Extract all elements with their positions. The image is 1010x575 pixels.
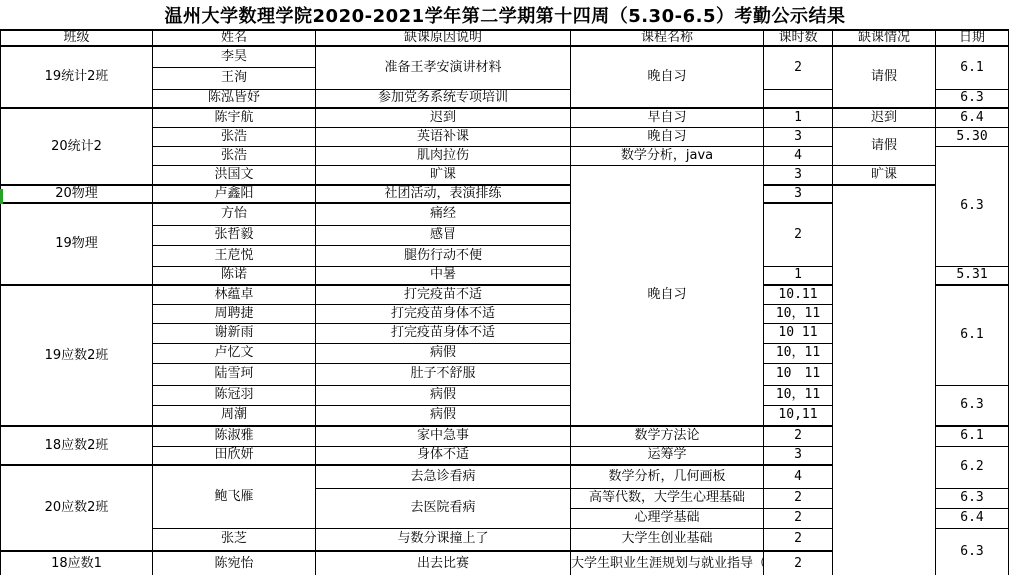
row-highlight-marker <box>0 189 3 204</box>
cell-date[interactable]: 6.3 <box>936 146 1009 266</box>
table-row: 20物理卢鑫阳社团活动，表演排练3 <box>1 185 1009 203</box>
cell-hours[interactable]: 2 <box>764 426 833 446</box>
cell-name[interactable]: 张浩 <box>153 146 316 165</box>
cell-reason[interactable]: 准备王孝安演讲材料 <box>316 46 571 89</box>
cell-name[interactable]: 陈宛怡 <box>153 551 316 575</box>
cell-class[interactable]: 20统计2 <box>1 108 153 185</box>
cell-reason[interactable]: 与数分课撞上了 <box>316 528 571 551</box>
header-row: 班级姓名缺课原因说明课程名称课时数缺课情况日期 <box>1 30 1009 46</box>
attendance-table-body: 班级姓名缺课原因说明课程名称课时数缺课情况日期19统计2班李昊准备王孝安演讲材料… <box>1 30 1009 575</box>
cell-hours[interactable]: 2 <box>764 508 833 528</box>
table-row: 19统计2班李昊准备王孝安演讲材料晚自习2请假6.1 <box>1 46 1009 67</box>
cell-hours[interactable]: 3 <box>764 446 833 465</box>
cell-date[interactable]: 6.1 <box>936 426 1009 446</box>
cell-class[interactable]: 19物理 <box>1 203 153 285</box>
cell-reason[interactable]: 英语补课 <box>316 127 571 146</box>
cell-hours[interactable]: 3 <box>764 185 833 203</box>
cell-reason[interactable]: 迟到 <box>316 108 571 127</box>
cell-date[interactable]: 6.3 <box>936 385 1009 426</box>
cell-class[interactable]: 20物理 <box>1 185 153 203</box>
cell-reason[interactable]: 去急诊看病 <box>316 465 571 488</box>
attendance-table: 班级姓名缺课原因说明课程名称课时数缺课情况日期19统计2班李昊准备王孝安演讲材料… <box>0 29 1009 575</box>
cell-course[interactable]: 数学方法论 <box>571 426 764 446</box>
cell-date[interactable]: 5.30 <box>936 127 1009 146</box>
cell-date[interactable]: 6.3 <box>936 528 1009 575</box>
header-reason[interactable]: 缺课原因说明 <box>316 30 571 46</box>
cell-hours[interactable]: 10,11 <box>764 405 833 426</box>
header-hours[interactable]: 课时数 <box>764 30 833 46</box>
cell-date[interactable]: 6.3 <box>936 89 1009 108</box>
cell-hours[interactable]: 3 <box>764 127 833 146</box>
cell-date[interactable]: 5.31 <box>936 266 1009 285</box>
cell-course[interactable]: 早自习 <box>571 108 764 127</box>
cell-class[interactable]: 19统计2班 <box>1 46 153 108</box>
cell-status[interactable]: 迟到 <box>833 108 936 127</box>
cell-course[interactable]: 高等代数，大学生心理基础 <box>571 488 764 508</box>
header-date[interactable]: 日期 <box>936 30 1009 46</box>
cell-name[interactable]: 卢鑫阳 <box>153 185 316 203</box>
cell-hours[interactable]: 3 <box>764 165 833 185</box>
cell-hours[interactable]: 2 <box>764 528 833 551</box>
cell-reason[interactable]: 肌肉拉伤 <box>316 146 571 165</box>
cell-hours[interactable]: 2 <box>764 203 833 266</box>
cell-status[interactable] <box>833 185 936 575</box>
cell-date[interactable]: 6.1 <box>936 285 1009 385</box>
cell-reason[interactable]: 去医院看病 <box>316 488 571 528</box>
cell-reason[interactable]: 社团活动，表演排练 <box>316 185 571 203</box>
cell-reason[interactable]: 出去比赛 <box>316 551 571 575</box>
cell-date[interactable]: 6.4 <box>936 508 1009 528</box>
cell-reason[interactable]: 腿伤行动不便 <box>316 245 571 266</box>
cell-hours[interactable]: 2 <box>764 488 833 508</box>
table-row: 20统计2陈宇航迟到早自习1迟到6.4 <box>1 108 1009 127</box>
cell-class[interactable]: 19应数2班 <box>1 285 153 426</box>
header-name[interactable]: 姓名 <box>153 30 316 46</box>
cell-reason[interactable]: 肚子不舒服 <box>316 363 571 385</box>
cell-reason[interactable]: 中暑 <box>316 266 571 285</box>
cell-date[interactable]: 6.1 <box>936 46 1009 89</box>
cell-name[interactable]: 陈诺 <box>153 266 316 285</box>
cell-course[interactable]: 数学分析，java <box>571 146 764 165</box>
cell-name[interactable]: 洪国文 <box>153 165 316 185</box>
cell-hours[interactable]: 2 <box>764 551 833 575</box>
cell-name[interactable]: 陆雪珂 <box>153 363 316 385</box>
cell-status[interactable]: 旷课 <box>833 165 936 185</box>
cell-status[interactable]: 请假 <box>833 46 936 108</box>
cell-name[interactable]: 谢新雨 <box>153 323 316 343</box>
cell-class[interactable]: 18应数2班 <box>1 426 153 465</box>
cell-hours[interactable]: 10 11 <box>764 323 833 343</box>
cell-date[interactable]: 6.3 <box>936 488 1009 508</box>
cell-name[interactable]: 田欣妍 <box>153 446 316 465</box>
cell-name[interactable]: 王苨悦 <box>153 245 316 266</box>
cell-name[interactable]: 张浩 <box>153 127 316 146</box>
cell-reason[interactable]: 痛经 <box>316 203 571 225</box>
cell-status[interactable]: 请假 <box>833 127 936 165</box>
cell-hours[interactable]: 10，11 <box>764 343 833 363</box>
cell-name[interactable]: 陈宇航 <box>153 108 316 127</box>
cell-course[interactable]: 晚自习 <box>571 127 764 146</box>
cell-reason[interactable]: 打完疫苗身体不适 <box>316 323 571 343</box>
cell-hours[interactable]: 1 <box>764 266 833 285</box>
header-status[interactable]: 缺课情况 <box>833 30 936 46</box>
cell-name[interactable]: 张哲毅 <box>153 225 316 245</box>
cell-name[interactable]: 陈淑雅 <box>153 426 316 446</box>
cell-reason[interactable]: 参加党务系统专项培训 <box>316 89 571 108</box>
cell-date[interactable]: 6.4 <box>936 108 1009 127</box>
cell-class[interactable]: 20应数2班 <box>1 465 153 551</box>
cell-hours[interactable] <box>764 89 833 108</box>
cell-name[interactable]: 张芝 <box>153 528 316 551</box>
cell-reason[interactable]: 打完疫苗身体不适 <box>316 304 571 323</box>
cell-reason[interactable]: 病假 <box>316 343 571 363</box>
cell-reason[interactable]: 身体不适 <box>316 446 571 465</box>
cell-course[interactable]: 大学生职业生涯规划与就业指导（二） <box>571 551 764 575</box>
cell-name[interactable]: 周潮 <box>153 405 316 426</box>
header-class[interactable]: 班级 <box>1 30 153 46</box>
cell-name[interactable]: 李昊 <box>153 46 316 67</box>
cell-course[interactable]: 晚自习 <box>571 165 764 426</box>
cell-hours[interactable]: 2 <box>764 46 833 89</box>
cell-name[interactable]: 陈冠羽 <box>153 385 316 405</box>
table-row: 张浩英语补课晚自习3请假5.30 <box>1 127 1009 146</box>
cell-name[interactable]: 林蕴卓 <box>153 285 316 304</box>
cell-hours[interactable]: 4 <box>764 465 833 488</box>
cell-course[interactable]: 数学分析，几何画板 <box>571 465 764 488</box>
cell-course[interactable]: 运筹学 <box>571 446 764 465</box>
cell-hours[interactable]: 4 <box>764 146 833 165</box>
cell-hours[interactable]: 10，11 <box>764 385 833 405</box>
table-row: 洪国文旷课晚自习3旷课 <box>1 165 1009 185</box>
cell-name[interactable]: 方怡 <box>153 203 316 225</box>
cell-reason[interactable]: 打完疫苗不适 <box>316 285 571 304</box>
cell-date[interactable]: 6.2 <box>936 446 1009 488</box>
cell-course[interactable]: 大学生创业基础 <box>571 528 764 551</box>
cell-course[interactable]: 晚自习 <box>571 46 764 108</box>
cell-reason[interactable]: 家中急事 <box>316 426 571 446</box>
cell-hours[interactable]: 10，11 <box>764 304 833 323</box>
cell-reason[interactable]: 感冒 <box>316 225 571 245</box>
cell-class[interactable]: 18应数1 <box>1 551 153 575</box>
page-title: 温州大学数理学院2020-2021学年第二学期第十四周（5.30-6.5）考勤公… <box>0 0 1010 29</box>
cell-name[interactable]: 卢忆文 <box>153 343 316 363</box>
cell-reason[interactable]: 旷课 <box>316 165 571 185</box>
cell-reason[interactable]: 病假 <box>316 385 571 405</box>
spreadsheet-view: 温州大学数理学院2020-2021学年第二学期第十四周（5.30-6.5）考勤公… <box>0 0 1010 575</box>
cell-hours[interactable]: 10.11 <box>764 285 833 304</box>
cell-name[interactable]: 鲍飞雁 <box>153 465 316 528</box>
header-course[interactable]: 课程名称 <box>571 30 764 46</box>
cell-reason[interactable]: 病假 <box>316 405 571 426</box>
cell-name[interactable]: 陈泓皆妤 <box>153 89 316 108</box>
cell-name[interactable]: 王洵 <box>153 67 316 89</box>
cell-course[interactable]: 心理学基础 <box>571 508 764 528</box>
cell-hours[interactable]: 10 11 <box>764 363 833 385</box>
cell-name[interactable]: 周聘捷 <box>153 304 316 323</box>
cell-hours[interactable]: 1 <box>764 108 833 127</box>
